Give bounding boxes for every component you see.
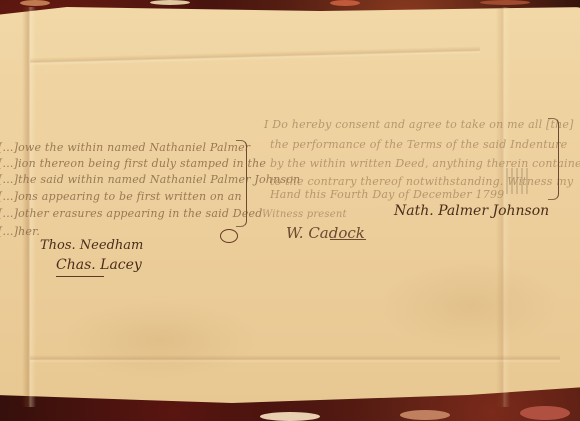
right-text-line-2: the performance of the Terms of the said… <box>270 138 567 151</box>
right-text-line-3: by the within written Deed, anything the… <box>270 157 580 170</box>
witness-present-label: Witness present <box>262 209 347 220</box>
signature-underline <box>330 239 366 240</box>
principal-signature-johnson: Nath. Palmer Johnson <box>394 203 549 219</box>
left-text-line-1: [...]owe the within named Nathaniel Palm… <box>0 141 250 154</box>
right-text-bracket <box>548 118 559 200</box>
carpet-pattern <box>330 0 360 6</box>
revenue-stamp-impression <box>506 168 528 194</box>
left-text-line-4: [...]ons appearing to be first written o… <box>0 190 242 203</box>
left-text-line-3: [...]the said within named Nathaniel Pal… <box>0 173 300 186</box>
carpet-pattern <box>150 0 190 5</box>
witness-signature-lacey: Chas. Lacey <box>56 257 142 273</box>
left-text-line-2: [...]ion thereon being first duly stampe… <box>0 157 266 170</box>
left-text-bracket <box>236 140 247 227</box>
paper-stain <box>380 260 560 350</box>
left-text-line-5: [...]other erasures appearing in the sai… <box>0 207 263 220</box>
paper-stain <box>60 300 260 380</box>
right-text-line-5: Hand this Fourth Day of December 1799 <box>270 188 504 201</box>
signature-underline <box>56 276 104 277</box>
seal-mark <box>220 229 238 243</box>
carpet-pattern <box>260 412 320 421</box>
left-text-line-6: [...]her. <box>0 225 40 238</box>
carpet-pattern <box>520 406 570 420</box>
carpet-pattern <box>20 0 50 6</box>
carpet-pattern <box>400 410 450 420</box>
witness-signature-needham: Thos. Needham <box>40 238 143 253</box>
carpet-pattern <box>480 0 530 5</box>
right-text-line-1: I Do hereby consent and agree to take on… <box>264 118 574 131</box>
